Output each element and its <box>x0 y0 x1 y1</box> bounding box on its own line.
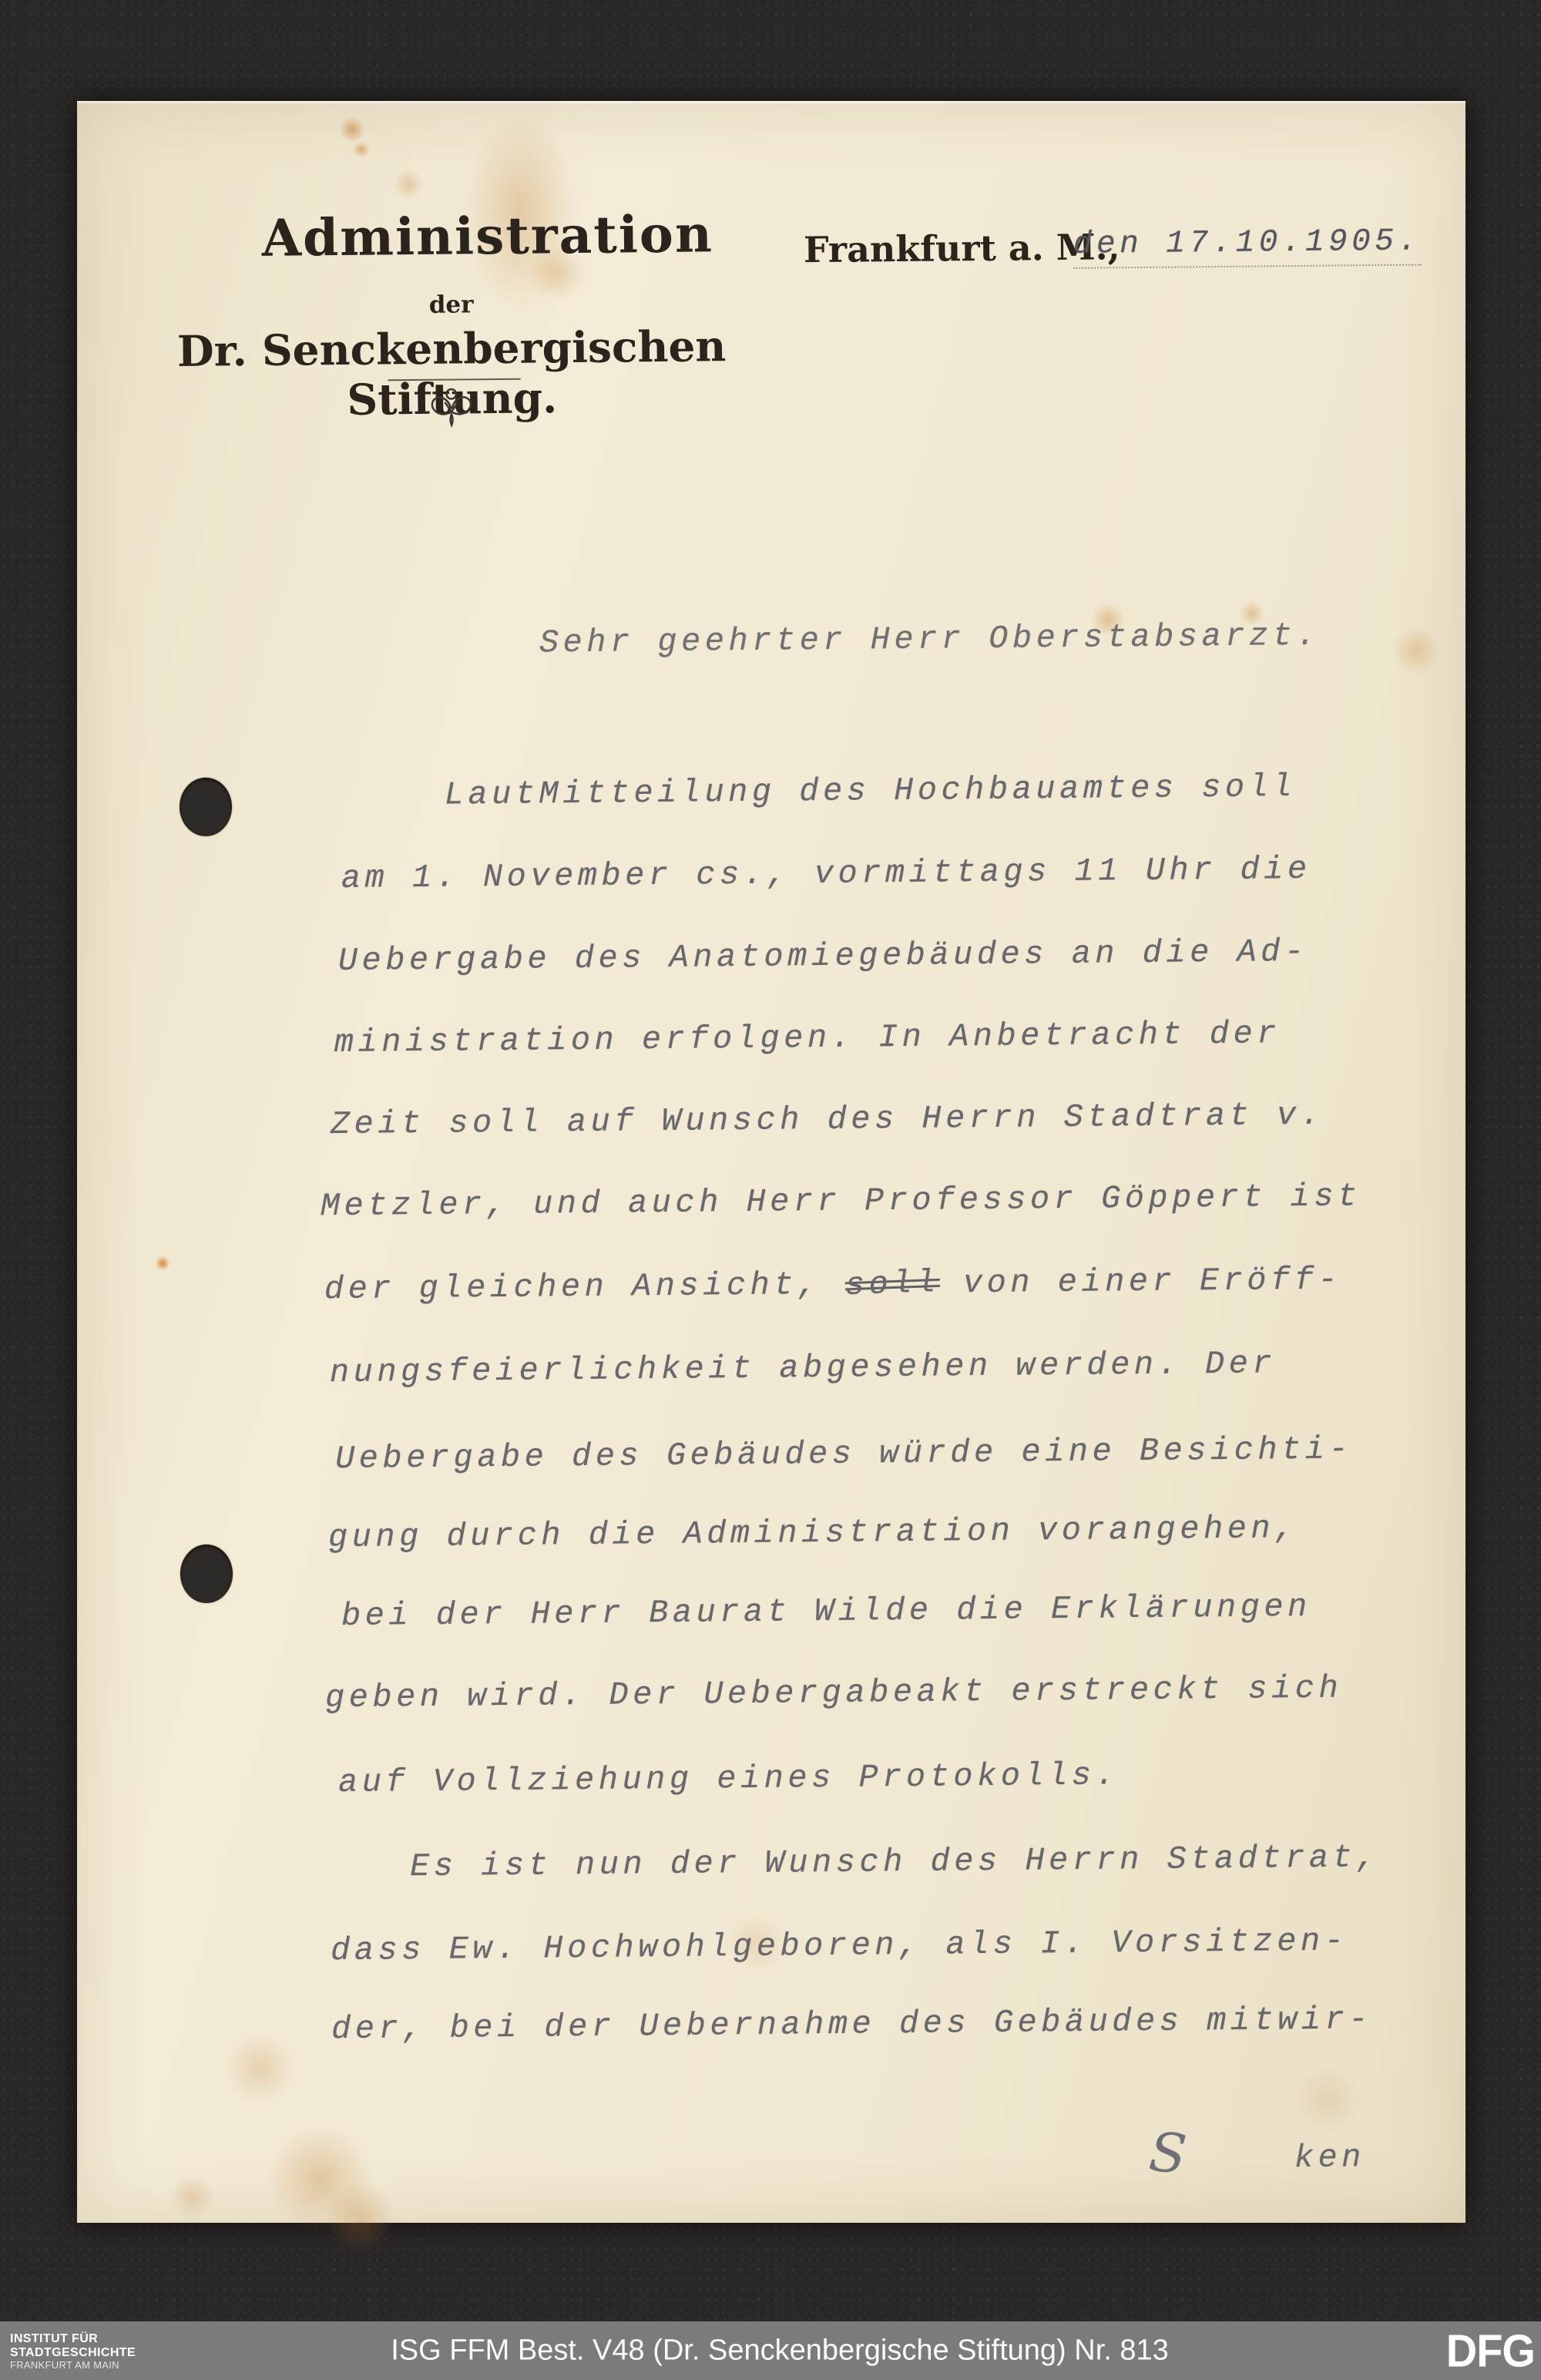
letterhead-administration: Administration <box>261 204 647 268</box>
institute-logo-text: INSTITUT FÜR STADTGESCHICHTE FRANKFURT A… <box>10 2332 136 2371</box>
dfg-logo: DFG <box>1446 2325 1535 2378</box>
line-text: der gleichen Ansicht, <box>324 1266 845 1308</box>
letter-content: Administration der Dr. Senckenbergischen… <box>68 93 1476 2228</box>
archive-scan: Administration der Dr. Senckenbergischen… <box>0 0 1541 2380</box>
letter-line: LautMitteilung des Hochbauamtes soll <box>445 771 1297 812</box>
handwritten-catchword: S <box>1147 2120 1190 2187</box>
letter-line: Uebergabe des Gebäudes würde eine Besich… <box>335 1433 1353 1475</box>
salutation: Sehr geehrter Herr Oberstabsarzt. <box>539 620 1321 660</box>
letter-line: ministration erfolgen. In Anbetracht der <box>334 1017 1281 1059</box>
struck-word: soll <box>844 1266 940 1302</box>
caption-bar: INSTITUT FÜR STADTGESCHICHTE FRANKFURT A… <box>0 2321 1541 2380</box>
letter-page: Administration der Dr. Senckenbergischen… <box>77 101 1465 2223</box>
letter-line: geben wird. Der Uebergabeakt erstreckt s… <box>325 1672 1343 1715</box>
letter-line: der gleichen Ansicht, soll von einer Erö… <box>324 1264 1342 1306</box>
letter-line: der, bei der Uebernahme des Gebäudes mit… <box>331 2003 1372 2046</box>
punch-hole-bottom <box>180 1545 233 1603</box>
letter-line: bei der Herr Baurat Wilde die Erklärunge… <box>341 1591 1311 1632</box>
tulip-ornament-icon <box>429 387 474 428</box>
archive-reference-caption: ISG FFM Best. V48 (Dr. Senckenbergische … <box>391 2335 1169 2368</box>
letter-line: am 1. November cs., vormittags 11 Uhr di… <box>341 853 1311 895</box>
letter-line: gung durch die Administration vorangehen… <box>328 1512 1298 1554</box>
letter-line: Uebergabe des Anatomiegebäudes an die Ad… <box>338 936 1308 977</box>
institute-line1: INSTITUT FÜR <box>10 2332 136 2346</box>
typed-catchword: ken <box>1294 2141 1366 2174</box>
institute-line3: FRANKFURT AM MAIN <box>10 2360 136 2372</box>
letter-line: nungsfeierlichkeit abgesehen werden. Der <box>330 1347 1277 1389</box>
institute-line2: STADTGESCHICHTE <box>10 2346 136 2360</box>
letter-line: auf Vollziehung eines Protokolls. <box>338 1759 1120 1799</box>
letterhead-der: der <box>258 289 643 321</box>
line-text: von einer Eröff- <box>939 1262 1341 1303</box>
letter-line: dass Ew. Hochwohlgeboren, als I. Vorsitz… <box>331 1925 1348 1967</box>
letter-line: Metzler, und auch Herr Professor Göppert… <box>321 1180 1361 1222</box>
letter-line: Es ist nun der Wunsch des Herrn Stadtrat… <box>410 1841 1380 1883</box>
punch-hole-top <box>180 778 232 836</box>
letter-line: Zeit soll auf Wunsch des Herrn Stadtrat … <box>331 1099 1324 1141</box>
letterhead-date: den 17.10.1905. <box>1073 226 1422 268</box>
